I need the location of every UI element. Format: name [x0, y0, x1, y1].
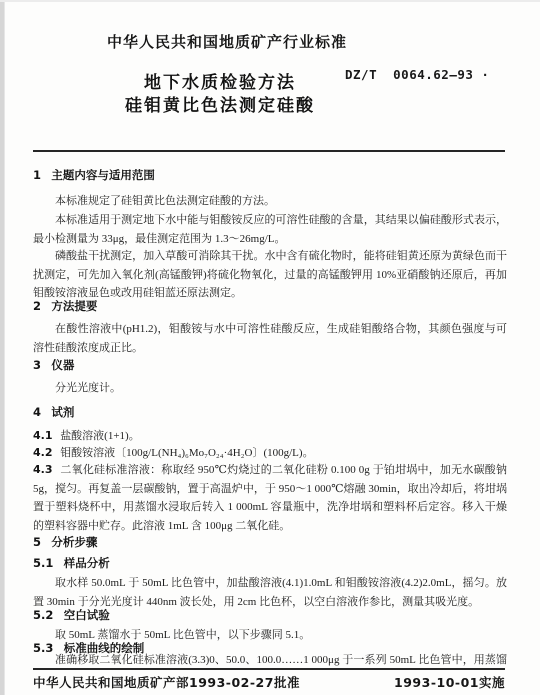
footer-rule [33, 668, 505, 670]
paragraph: 本标准规定了硅钼黄比色法测定硅酸的方法。 [33, 192, 507, 211]
section-heading: 5分析步骤 [33, 535, 507, 549]
paragraph: 本标准适用于测定地下水中能与钼酸铵反应的可溶性硅酸的含量，其结果以偏硅酸形式表示… [33, 211, 507, 248]
clause-text: 方法提要 [51, 299, 97, 313]
clause-number: 2 [33, 299, 41, 313]
clause-text: 仪器 [51, 358, 74, 372]
clause-item: 4.3二氧化硅标准溶液：称取经 950℃灼烧过的二氧化硅粉 0.100 0g 于… [33, 461, 507, 535]
clause-text: 主题内容与适用范围 [51, 168, 155, 182]
footer-approval-date: 中华人民共和国地质矿产部1993-02-27批准 [33, 673, 300, 691]
clause-text: 空白试验 [64, 608, 110, 622]
clause-text: 试剂 [51, 405, 74, 419]
clause-number: 3 [33, 358, 41, 372]
clause-number: 4 [33, 405, 41, 419]
paragraph: 准确移取二氧化硅标准溶液(3.3)0、50.0、100.0……1 000μg 于… [33, 651, 507, 668]
section-heading: 3仪器 [33, 358, 507, 372]
clause-text: 盐酸溶液(1+1)。 [60, 430, 140, 442]
section-heading: 1主题内容与适用范围 [33, 168, 507, 182]
paragraph: 磷酸盐干扰测定，加入草酸可消除其干扰。水中含有硫化物时，能将硅钼黄还原为黄绿色而… [33, 247, 507, 303]
clause-text: 钼酸铵溶液〔100g/L(NH₄)₆Mo₇O₂₄·4H₂O〕(100g/L)。 [60, 447, 313, 459]
clause-number: 4.3 [33, 463, 53, 476]
clause-heading: 5.2空白试验 [33, 608, 507, 622]
paragraph: 在酸性溶液中(pH1.2)，钼酸铵与水中可溶性硅酸反应，生成硅钼酸络合物，其颜色… [33, 320, 507, 357]
paragraph: 分光光度计。 [33, 379, 507, 398]
section-heading: 2方法提要 [33, 299, 507, 313]
clause-number: 5 [33, 535, 41, 549]
clause-number: 5.2 [33, 608, 53, 622]
clause-number: 1 [33, 168, 41, 182]
section-heading: 4试剂 [33, 405, 507, 419]
clause-number: 5.1 [33, 556, 53, 570]
scanned-standard-page: { "header": { "authority_line": "中华人民共和国… [0, 0, 540, 695]
clause-number: 4.1 [33, 429, 53, 442]
clause-text: 样品分析 [64, 556, 110, 570]
clause-text: 分析步骤 [51, 535, 97, 549]
paragraph: 取水样 50.0mL 于 50mL 比色管中，加盐酸溶液(4.1)1.0mL 和… [33, 574, 507, 611]
clause-item: 4.1盐酸溶液(1+1)。 [33, 427, 507, 446]
clause-text: 二氧化硅标准溶液：称取经 950℃灼烧过的二氧化硅粉 0.100 0g 于铂坩埚… [33, 464, 507, 532]
document-body: 1主题内容与适用范围本标准规定了硅钼黄比色法测定硅酸的方法。本标准适用于测定地下… [0, 0, 540, 668]
clause-number: 4.2 [33, 446, 53, 459]
clause-heading: 5.1样品分析 [33, 556, 507, 570]
clause-item: 4.2钼酸铵溶液〔100g/L(NH₄)₆Mo₇O₂₄·4H₂O〕(100g/L… [33, 444, 507, 463]
footer-implementation-date: 1993-10-01实施 [394, 673, 505, 691]
